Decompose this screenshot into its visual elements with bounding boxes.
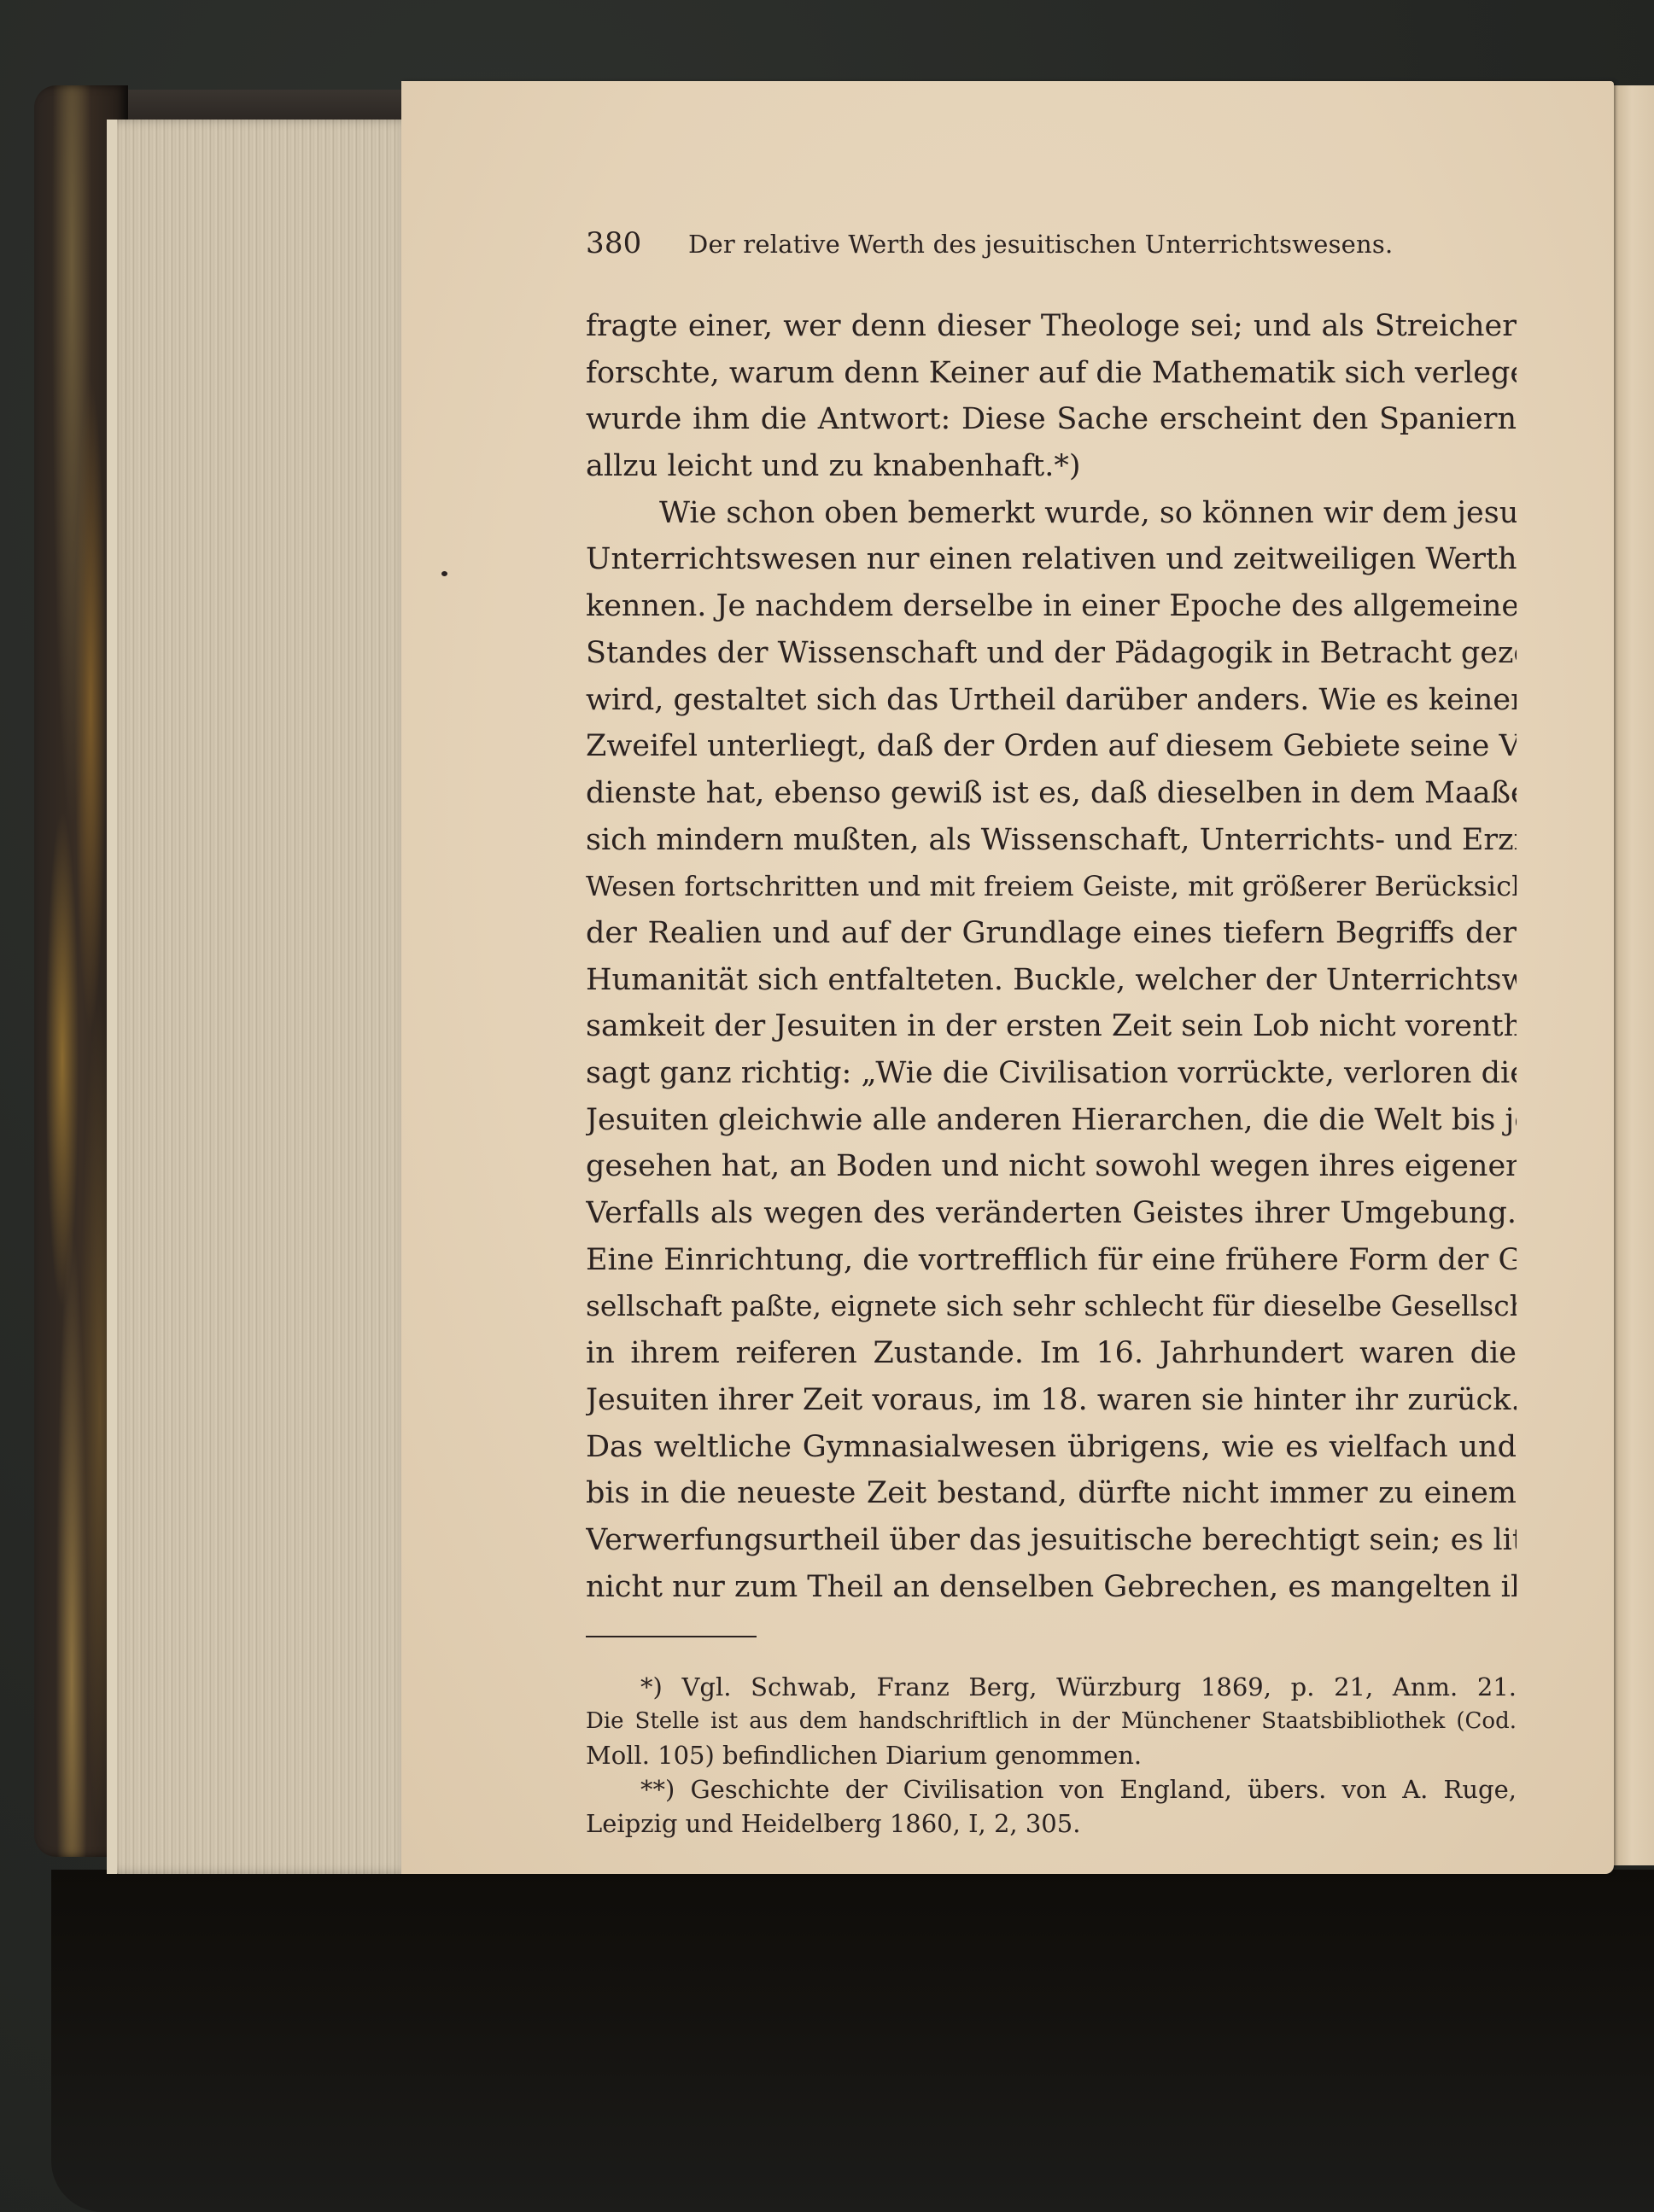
- body-line: forschte, warum denn Keiner auf die Math…: [586, 350, 1517, 397]
- footnotes: *) Vgl. Schwab, Franz Berg, Würzburg 186…: [586, 1670, 1517, 1841]
- body-line: fragte einer, wer denn dieser Theologe s…: [586, 303, 1517, 350]
- body-line: Jesuiten ihrer Zeit voraus, im 18. waren…: [586, 1377, 1517, 1424]
- facing-page-gutter: [1614, 85, 1654, 1865]
- body-line: allzu leicht und zu knabenhaft.*): [586, 443, 1517, 490]
- body-line: nicht nur zum Theil an denselben Gebrech…: [586, 1564, 1517, 1611]
- page-text-area: 380 Der relative Werth des jesuitischen …: [586, 226, 1517, 1841]
- ink-speck: [441, 571, 447, 576]
- body-line: Verwerfungsurtheil über das jesuitische …: [586, 1517, 1517, 1564]
- body-line: kennen. Je nachdem derselbe in einer Epo…: [586, 583, 1517, 630]
- body-line: samkeit der Jesuiten in der ersten Zeit …: [586, 1003, 1517, 1050]
- running-title: Der relative Werth des jesuitischen Unte…: [688, 230, 1393, 259]
- body-line: Eine Einrichtung, die vortrefflich für e…: [586, 1237, 1517, 1284]
- footnote-line: Die Stelle ist aus dem handschriftlich i…: [586, 1704, 1517, 1738]
- body-line: sagt ganz richtig: „Wie die Civilisation…: [586, 1050, 1517, 1097]
- footnote-line: Moll. 105) befindlichen Diarium genommen…: [586, 1738, 1517, 1772]
- body-line: Humanität sich entfalteten. Buckle, welc…: [586, 957, 1517, 1004]
- body-line: sich mindern mußten, als Wissenschaft, U…: [586, 817, 1517, 864]
- footnote-separator: [586, 1636, 757, 1637]
- body-line: wurde ihm die Antwort: Diese Sache ersch…: [586, 396, 1517, 443]
- body-text: fragte einer, wer denn dieser Theologe s…: [586, 303, 1517, 1610]
- body-line: Das weltliche Gymnasialwesen übrigens, w…: [586, 1424, 1517, 1471]
- book-shadow: [51, 1870, 1654, 2212]
- body-line: der Realien und auf der Grundlage eines …: [586, 910, 1517, 957]
- footnote-line: Leipzig und Heidelberg 1860, I, 2, 305.: [586, 1806, 1517, 1841]
- body-line: wird, gestaltet sich das Urtheil darüber…: [586, 677, 1517, 724]
- body-line: dienste hat, ebenso gewiß ist es, daß di…: [586, 770, 1517, 817]
- body-line: Wesen fortschritten und mit freiem Geist…: [586, 863, 1517, 910]
- body-line: Zweifel unterliegt, daß der Orden auf di…: [586, 723, 1517, 770]
- body-line: in ihrem reiferen Zustande. Im 16. Jahrh…: [586, 1330, 1517, 1377]
- body-line: Standes der Wissenschaft und der Pädagog…: [586, 630, 1517, 677]
- body-line: Verfalls als wegen des veränderten Geist…: [586, 1190, 1517, 1237]
- page-block-edges: [107, 120, 406, 1874]
- body-line: Wie schon oben bemerkt wurde, so können …: [586, 490, 1517, 537]
- footnote-line: *) Vgl. Schwab, Franz Berg, Würzburg 186…: [586, 1670, 1517, 1704]
- page-number: 380: [586, 226, 688, 260]
- running-head: 380 Der relative Werth des jesuitischen …: [586, 226, 1517, 269]
- body-line: Jesuiten gleichwie alle anderen Hierarch…: [586, 1097, 1517, 1144]
- footnote-line: **) Geschichte der Civilisation von Engl…: [586, 1772, 1517, 1806]
- body-line: Unterrichtswesen nur einen relativen und…: [586, 536, 1517, 583]
- body-line: gesehen hat, an Boden und nicht sowohl w…: [586, 1143, 1517, 1190]
- page-block-outer-edge: [107, 120, 117, 1874]
- body-line: bis in die neueste Zeit bestand, dürfte …: [586, 1470, 1517, 1517]
- body-line: sellschaft paßte, eignete sich sehr schl…: [586, 1283, 1517, 1330]
